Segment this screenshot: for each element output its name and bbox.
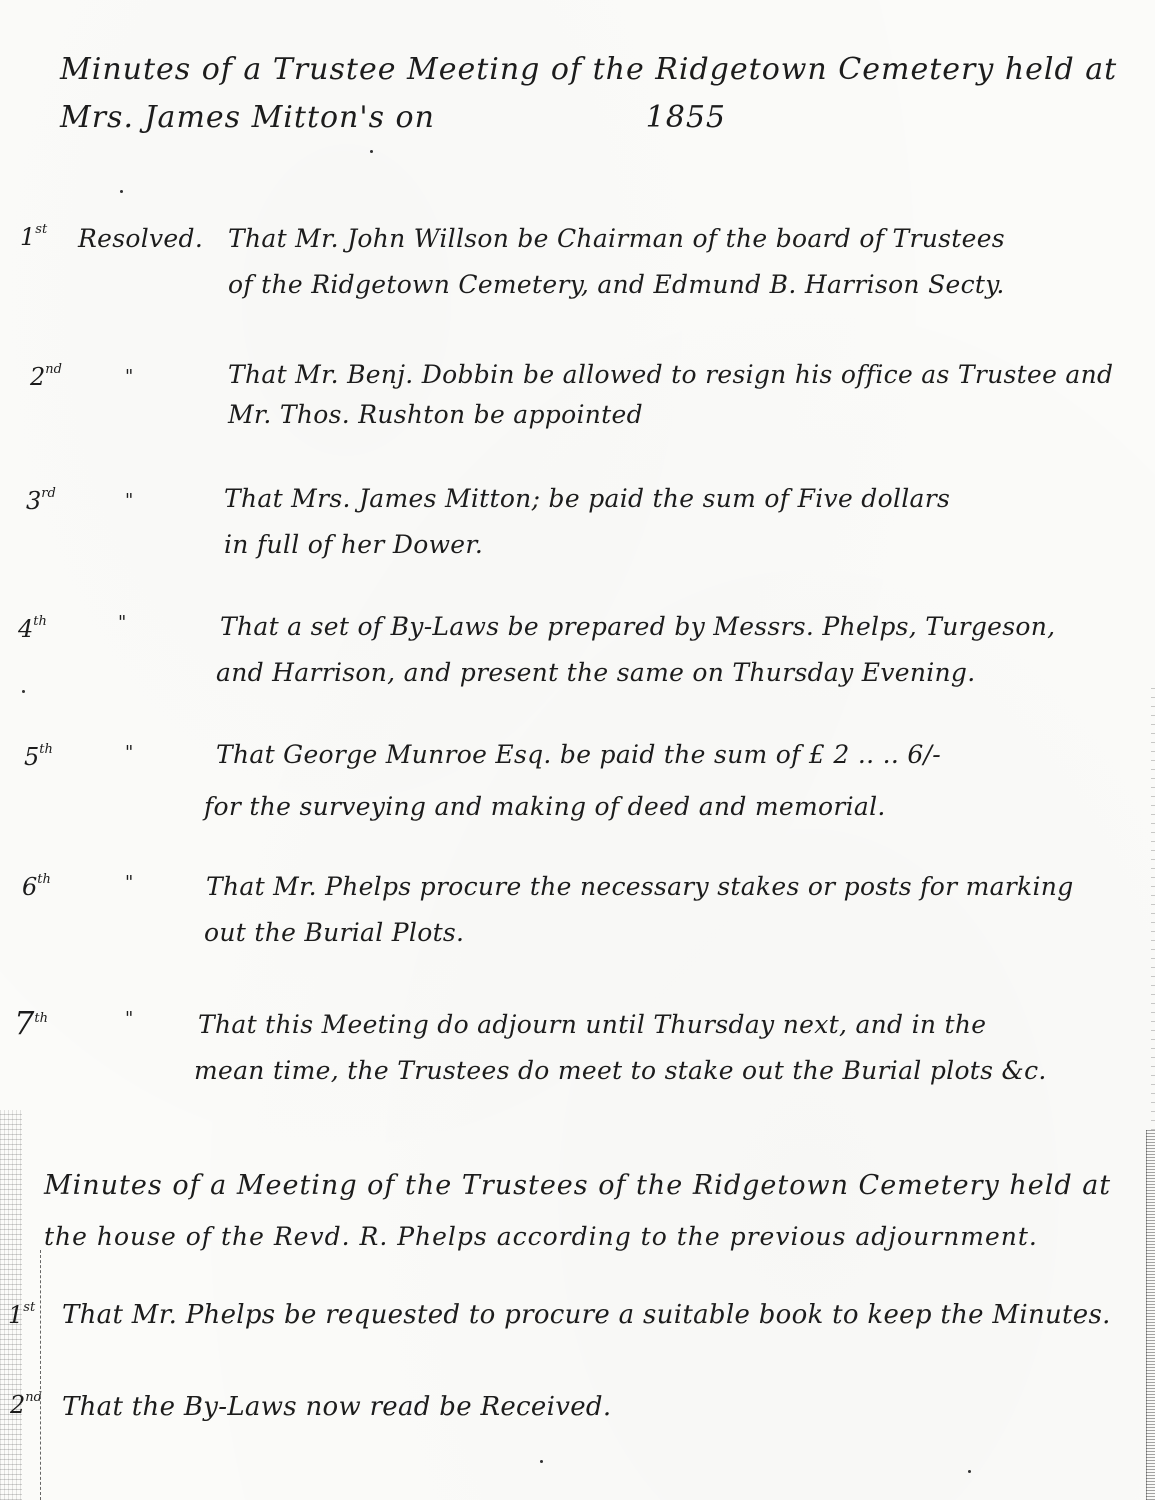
ditto-mark: " xyxy=(125,742,133,763)
resolution-line: mean time, the Trustees do meet to stake… xyxy=(194,1056,1047,1085)
resolution-line: That the By-Laws now read be Received. xyxy=(62,1392,611,1422)
ink-speck xyxy=(22,690,25,693)
scan-edge-shadow xyxy=(1146,1130,1155,1500)
resolution-line: That Mr. Benj. Dobbin be allowed to resi… xyxy=(228,360,1113,389)
resolution-line: That Mr. Phelps be requested to procure … xyxy=(62,1300,1111,1330)
resolution-line: That Mrs. James Mitton; be paid the sum … xyxy=(224,484,950,513)
resolved-label: Resolved. xyxy=(78,224,203,253)
resolution-number: 6th xyxy=(22,872,51,901)
ink-speck xyxy=(120,190,123,193)
resolution-line: That Mr. Phelps procure the necessary st… xyxy=(206,872,1074,901)
resolution-line: of the Ridgetown Cemetery, and Edmund B.… xyxy=(228,270,1005,299)
meeting-title-line-2: Mrs. James Mitton's on 1855 xyxy=(60,100,726,135)
ink-speck xyxy=(370,150,373,153)
ditto-mark: " xyxy=(125,1008,133,1029)
margin-rule xyxy=(40,1250,41,1500)
ditto-mark: " xyxy=(125,490,133,511)
ditto-mark: " xyxy=(125,366,133,387)
second-meeting-title-line-1: Minutes of a Meeting of the Trustees of … xyxy=(44,1170,1111,1201)
manuscript-page: Minutes of a Trustee Meeting of the Ridg… xyxy=(0,0,1155,1500)
resolution-line: out the Burial Plots. xyxy=(204,918,464,947)
resolution-number: 2nd xyxy=(30,362,62,391)
resolution-line: and Harrison, and present the same on Th… xyxy=(216,658,975,687)
ink-speck xyxy=(540,1460,543,1463)
resolution-line: Mr. Thos. Rushton be appointed xyxy=(228,400,643,429)
resolution-line: That George Munroe Esq. be paid the sum … xyxy=(216,740,941,769)
ditto-mark: " xyxy=(118,612,126,633)
resolution-number: 4th xyxy=(18,614,47,643)
resolution-line: That a set of By-Laws be prepared by Mes… xyxy=(220,612,1055,641)
ink-speck xyxy=(968,1470,971,1473)
resolution-line: for the surveying and making of deed and… xyxy=(204,792,886,821)
resolution-line: That this Meeting do adjourn until Thurs… xyxy=(198,1010,986,1039)
resolution-number: 3rd xyxy=(26,486,56,515)
resolution-line: That Mr. John Willson be Chairman of the… xyxy=(228,224,1005,253)
resolution-number: 1st xyxy=(20,222,47,251)
second-meeting-title-line-2: the house of the Revd. R. Phelps accordi… xyxy=(44,1222,1038,1251)
resolution-line: in full of her Dower. xyxy=(224,530,483,559)
ditto-mark: " xyxy=(125,872,133,893)
scan-edge-shadow xyxy=(1151,680,1155,1130)
meeting-title-line-1: Minutes of a Trustee Meeting of the Ridg… xyxy=(60,52,1117,87)
scan-binding-edge xyxy=(0,1110,22,1500)
resolution-number: 7th xyxy=(14,1004,48,1042)
resolution-number: 5th xyxy=(24,742,53,771)
